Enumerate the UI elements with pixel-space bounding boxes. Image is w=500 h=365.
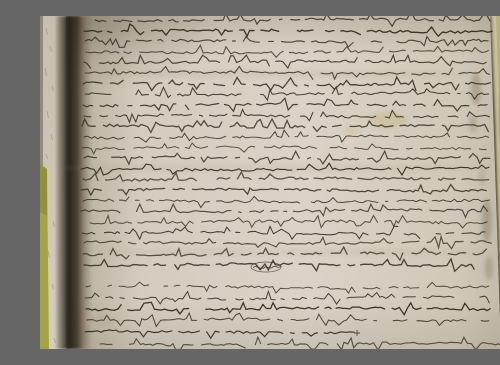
manuscript-photo: Photograph of an open book showing a sin… [40,16,500,349]
previous-page-dark-rim [40,16,43,171]
photo-canvas [40,16,500,349]
green-binding-strip-shade [40,164,47,216]
page-corner-shadow [60,16,320,156]
gutter-shadow [56,16,92,349]
